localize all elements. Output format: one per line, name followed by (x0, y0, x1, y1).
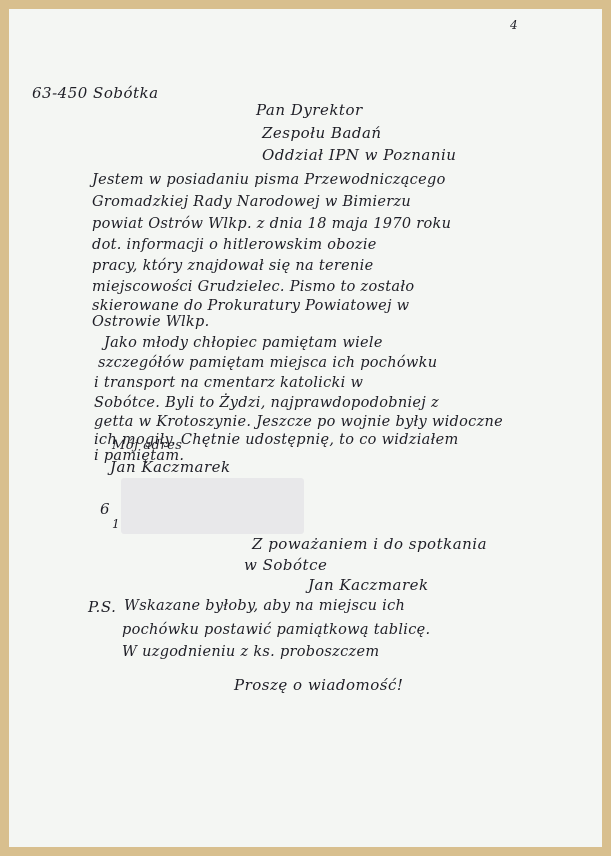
body-line: Jestem w posiadaniu pisma Przewodniczące… (92, 172, 446, 188)
address-partial-2: 1 (112, 517, 120, 531)
page-number: 4 (510, 18, 518, 32)
body-line: szczegółów pamiętam miejsca ich pochówku (98, 355, 437, 371)
body-line: Ostrowie Wlkp. (92, 314, 209, 330)
body-line: powiat Ostrów Wlkp. z dnia 18 maja 1970 … (92, 216, 451, 232)
recipient-line-2: Zespołu Badań (262, 124, 382, 142)
body-line: Jako młody chłopiec pamiętam wiele (104, 335, 383, 351)
ps-line: Wskazane byłoby, aby na miejscu ich (124, 598, 405, 614)
body-line: getta w Krotoszynie. Jeszcze po wojnie b… (94, 414, 503, 430)
final-line: Proszę o wiadomość! (234, 676, 403, 694)
body-line: Sobótce. Byli to Żydzi, najprawdopodobni… (94, 395, 439, 411)
regards-line-1: Z poważaniem i do spotkania (252, 535, 487, 553)
ps-label: P.S. (88, 598, 116, 616)
ps-line: pochówku postawić pamiątkową tablicę. (122, 622, 430, 638)
body-line: miejscowości Grudzielec. Pismo to został… (92, 279, 414, 295)
recipient-line-3: Oddział IPN w Poznaniu (262, 146, 456, 164)
body-line: i transport na cmentarz katolicki w (94, 375, 363, 391)
recipient-line-1: Pan Dyrektor (256, 101, 363, 119)
body-line: pracy, który znajdował się na terenie (92, 258, 373, 274)
body-line: dot. informacji o hitlerowskim obozie (92, 237, 377, 253)
signature-2: Jan Kaczmarek (308, 576, 429, 594)
body-line: skierowane do Prokuratury Powiatowej w (92, 298, 409, 314)
redacted-address (121, 478, 304, 534)
regards-line-2: w Sobótce (244, 556, 327, 574)
body-line: Gromadzkiej Rady Narodowej w Bimierzu (92, 194, 411, 210)
address-partial-1: 6 (100, 500, 110, 518)
signature-1: Jan Kaczmarek (110, 458, 231, 476)
ps-line: W uzgodnieniu z ks. proboszczem (122, 644, 379, 660)
sender-address: 63-450 Sobótka (32, 84, 159, 102)
closing: Mój adres (112, 438, 182, 453)
